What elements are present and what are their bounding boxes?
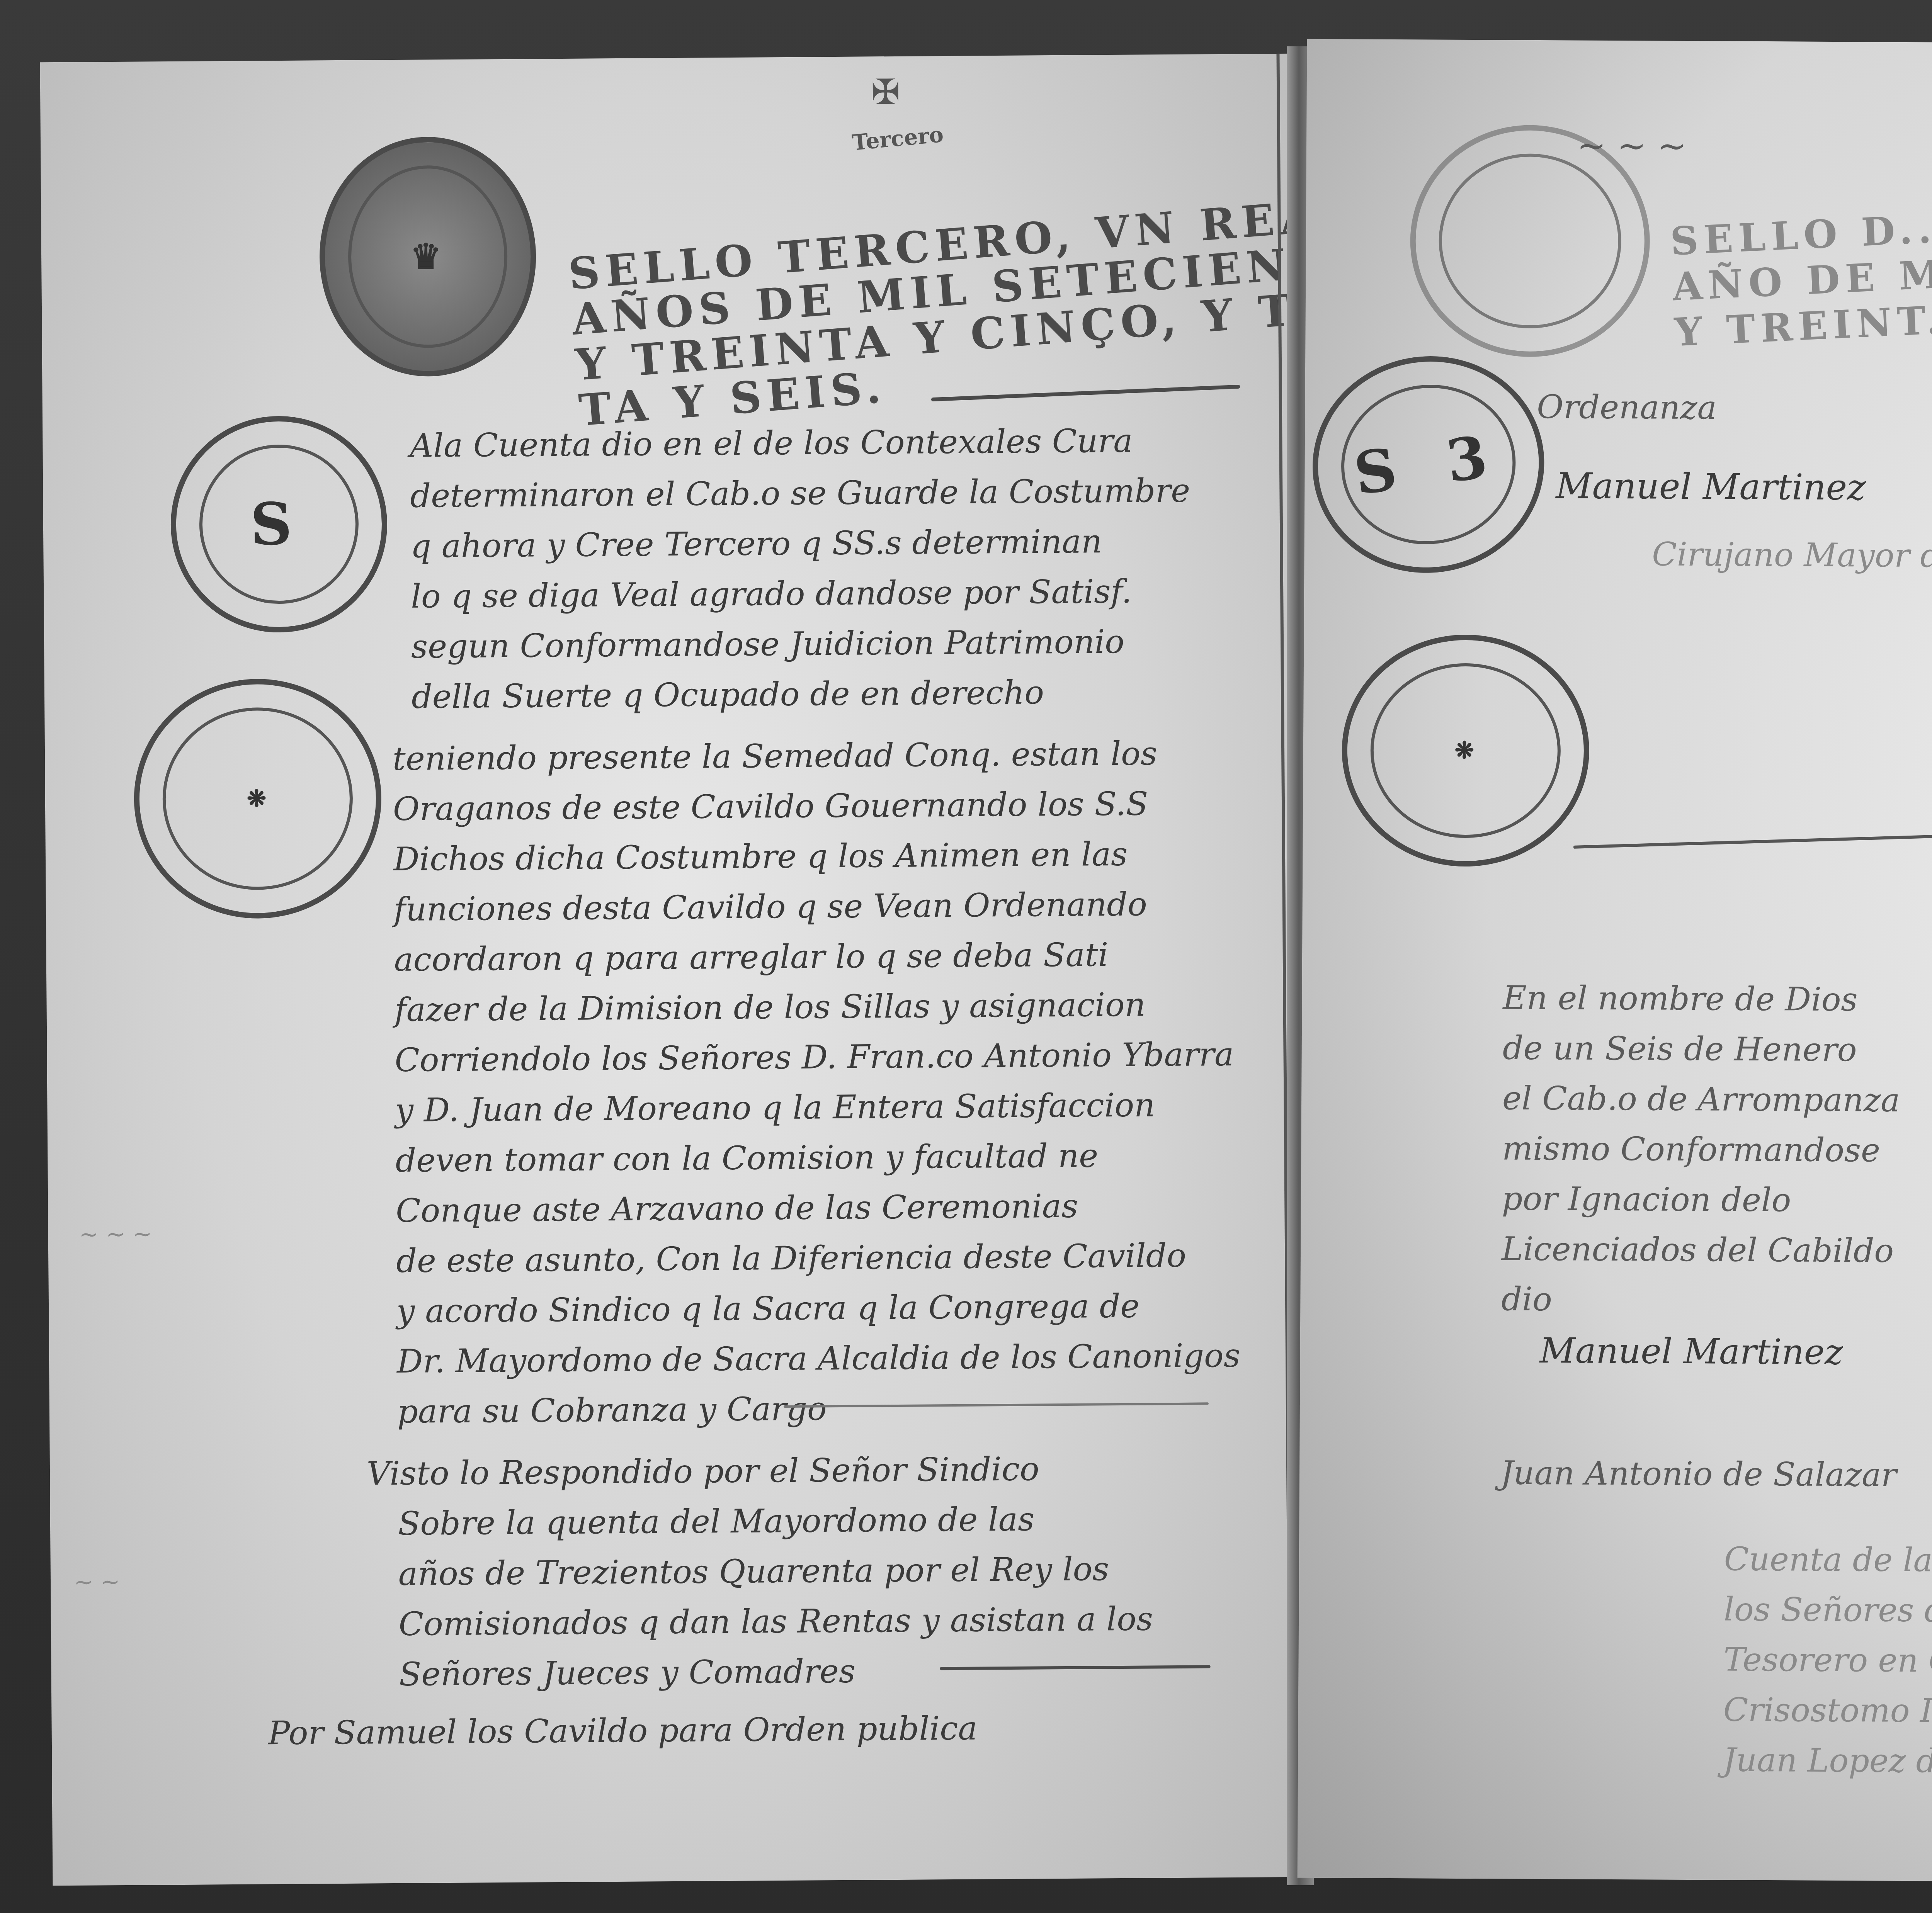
signature: Juan Antonio de Salazar [1500,1454,1897,1493]
cross-ornament-icon: ✠ [871,72,900,113]
manuscript-line: años de Trezientos Quarenta por el Rey l… [398,1550,1109,1593]
manuscript-line: por Ignacion delo [1502,1179,1791,1219]
manuscript-line: Por Samuel los Cavildo para Orden public… [268,1709,977,1752]
manuscript-line: y D. Juan de Moreano q la Entera Satisfa… [395,1086,1155,1129]
manuscript-line: Crisostomo Iturralde [1723,1691,1932,1731]
manuscript-line: los Señores de [1724,1590,1932,1629]
manuscript-line: Cuenta de la Santa Iglesia [1724,1540,1932,1580]
printed-header-fragment: SELLO D... AÑO DE M... Y TREINT... [1669,203,1932,355]
signature: Manuel Martinez [1556,465,1866,508]
manuscript-line: Dr. Mayordomo de Sacra Alcaldia de los C… [397,1337,1240,1380]
signature-rule [1573,829,1932,849]
line-filler-rule [784,1402,1209,1408]
manuscript-line: Sobre la quenta del Mayordomo de las [398,1500,1035,1542]
manuscript-line: Ala Cuenta dio en el de los Contexales C… [410,422,1133,465]
manuscript-line: Comisionados q dan las Rentas y asistan … [398,1600,1153,1643]
manuscript-line: dio [1501,1280,1552,1318]
manuscript-line: determinaron el Cab.o se Guarde la Costu… [410,472,1190,515]
signature: Manuel Martinez [1539,1330,1843,1373]
manuscript-line: Juan Lopez de Castañeda [1723,1741,1932,1781]
right-page: 410 SELLO D... AÑO DE M... Y TREINT... S… [1298,39,1932,1885]
manuscript-line: Dichos dicha Costumbre q los Animen en l… [393,835,1128,878]
manuscript-line: Visto lo Respondido por el Señor Sindico [367,1450,1039,1492]
manuscript-line: Señores Jueces y Comadres [399,1652,855,1693]
margin-note: ~ ~ ~ [79,1220,152,1248]
manuscript-line: deven tomar con la Comision y facultad n… [395,1137,1098,1179]
manuscript-line: funciones desta Cavildo q se Vean Ordena… [394,885,1147,928]
manuscript-line: segun Conformandose Juidicion Patrimonio [411,623,1125,666]
stamp-seal-s3: S 3 [1299,342,1558,587]
manuscript-line: mismo Conformandose [1502,1130,1880,1169]
header-notation: ~ ~ ~ [1577,125,1687,166]
manuscript-line: de un Seis de Henero [1503,1029,1857,1069]
manuscript-line: y acordo Sindico q la Sacra q la Congreg… [396,1287,1140,1330]
line-filler-rule [940,1665,1211,1670]
stamp-seal-lower: ❋ [1341,634,1590,867]
manuscript-line: Corriendolo los Señores D. Fran.co Anton… [395,1035,1234,1079]
manuscript-line: Conque aste Arzavano de las Ceremonias [396,1187,1078,1230]
manuscript-line: Cirujano Mayor del Cabildo [1652,535,1932,576]
tercio-label: Tercero [851,122,944,156]
manuscript-line: Licenciados del Cabildo [1502,1230,1894,1269]
manuscript-line: della Suerte q Ocupado de en derecho [412,673,1044,715]
margin-seal-lower: ❋ [133,678,382,919]
margin-seal-upper: S [170,415,388,633]
manuscript-line: q ahora y Cree Tercero q SS.s determinan [410,522,1102,565]
printed-header: SELLO TERCERO, VN REAL AÑOS DE MIL SETEC… [567,185,1304,434]
manuscript-line: el Cab.o de Arrompanza [1502,1079,1900,1119]
manuscript-line: Ordenanza [1537,388,1717,426]
manuscript-line: lo q se diga Veal agrado dandose por Sat… [411,573,1132,615]
manuscript-line: teniendo presente la Semedad Conq. estan… [393,734,1157,778]
margin-note: ~ ~ [74,1568,120,1596]
manuscript-line: acordaron q para arreglar lo q se deba S… [394,936,1108,979]
coat-of-arms-seal: ♛ [319,136,537,377]
manuscript-line: Tesorero en Comision [1723,1641,1932,1680]
manuscript-line: Oraganos de este Cavildo Gouernando los … [393,785,1148,828]
manuscript-line: de este asunto, Con la Diferiencia deste… [396,1237,1186,1280]
left-page: ✠ Tercero ♛ SELLO TERCERO, VN REAL AÑOS … [40,54,1305,1886]
manuscript-line: fazer de la Dimision de los Sillas y asi… [394,985,1146,1029]
manuscript-line: En el nombre de Dios [1503,979,1858,1019]
manuscript-line: para su Cobranza y Cargo [397,1390,827,1431]
